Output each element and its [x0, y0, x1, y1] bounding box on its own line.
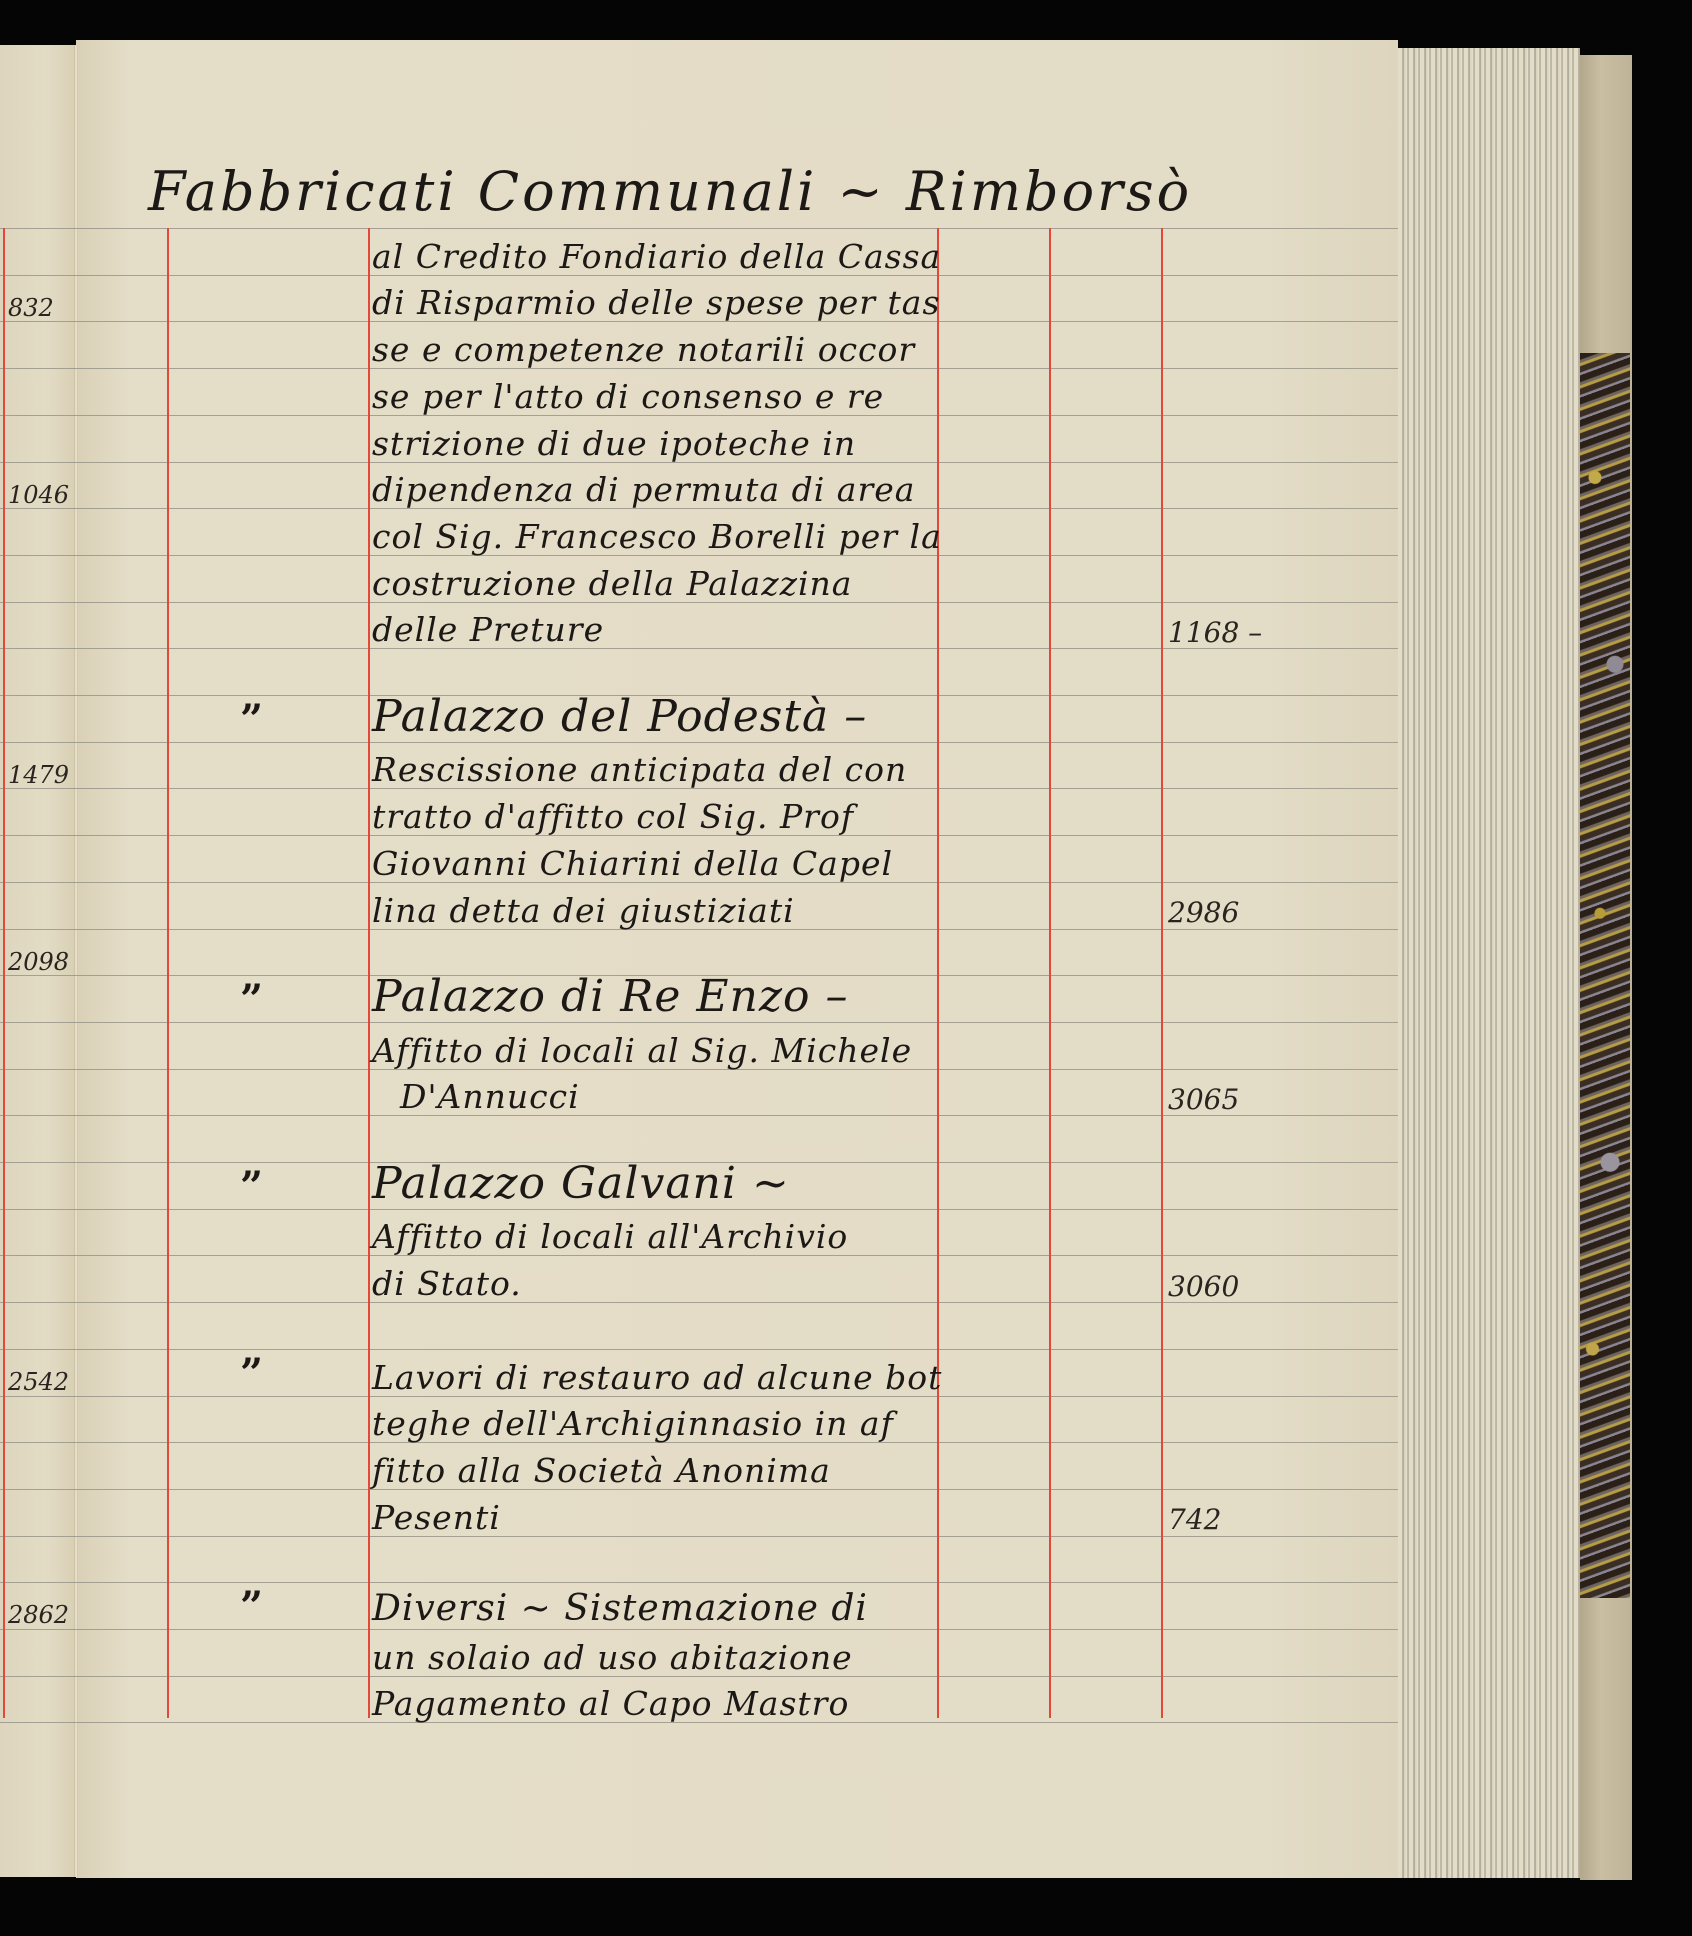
entry-text-line: Pagamento al Capo Mastro [372, 1684, 849, 1723]
red-rule-column-2 [1049, 228, 1051, 1718]
page-title: Fabbricati Communali ~ Rimborsò [148, 160, 1192, 223]
entry-heading: Palazzo Galvani ~ [372, 1158, 790, 1209]
ruled-line [0, 228, 1398, 229]
entry-amount: 3065 [1168, 1083, 1239, 1116]
entry-text-line: dipendenza di permuta di area [372, 470, 915, 509]
margin-number: 2542 [8, 1368, 69, 1396]
page-stack-edges [1398, 48, 1580, 1878]
red-rule-margin [3, 228, 5, 1718]
entry-amount: 3060 [1168, 1270, 1239, 1303]
entry-text-line: costruzione della Palazzina [372, 564, 852, 603]
entry-text-line: Pesenti [372, 1498, 501, 1537]
entry-amount: 1168 – [1168, 616, 1262, 649]
entry-text-line: Giovanni Chiarini della Capel [372, 844, 893, 883]
ruled-line [0, 1629, 1398, 1630]
book-cover-marbled [1580, 353, 1630, 1598]
red-rule-description-start [368, 228, 370, 1718]
red-rule-ditto-column [167, 228, 169, 1718]
entry-text-line: Affitto di locali all'Archivio [372, 1217, 848, 1256]
entry-heading: Palazzo del Podestà – [372, 691, 867, 742]
entry-amount: 2986 [1168, 896, 1239, 929]
entry-text-line: di Stato. [372, 1264, 522, 1303]
ditto-mark: ” [240, 976, 263, 1023]
red-rule-description-end [937, 228, 939, 1718]
entry-text-line: col Sig. Francesco Borelli per la [372, 517, 942, 556]
entry-text-line: fitto alla Società Anonima [372, 1451, 831, 1490]
ditto-mark: ” [240, 696, 263, 743]
ditto-mark: ” [240, 1350, 263, 1397]
entry-text-line: al Credito Fondiario della Cassa [372, 237, 941, 276]
margin-number: 2862 [8, 1601, 69, 1629]
entry-text-line: lina detta dei giustiziati [372, 891, 795, 930]
entry-text-line: D'Annucci [400, 1077, 580, 1116]
margin-number: 832 [8, 294, 54, 322]
entry-text-line: delle Preture [372, 610, 604, 649]
margin-number: 1479 [8, 761, 69, 789]
red-rule-amount-column [1161, 228, 1163, 1718]
entry-text-line: se per l'atto di consenso e re [372, 377, 884, 416]
entry-text-line: un solaio ad uso abitazione [372, 1638, 853, 1677]
ruled-line [0, 1349, 1398, 1350]
entry-heading: Palazzo di Re Enzo – [372, 971, 849, 1022]
ruled-line [0, 1582, 1398, 1583]
entry-text-line: strizione di due ipoteche in [372, 424, 856, 463]
margin-number: 1046 [8, 481, 69, 509]
margin-number: 2098 [8, 948, 69, 976]
entry-text-line: Affitto di locali al Sig. Michele [372, 1031, 912, 1070]
ditto-mark: ” [240, 1583, 263, 1630]
entry-text-line: tratto d'affitto col Sig. Prof [372, 797, 854, 836]
entry-text-line: Lavori di restauro ad alcune bot [372, 1358, 942, 1397]
page-gutter [74, 45, 78, 1877]
ditto-mark: ” [240, 1163, 263, 1210]
entry-text-line: teghe dell'Archiginnasio in af [372, 1404, 894, 1443]
entry-heading: Diversi ~ Sistemazione di [372, 1588, 868, 1629]
entry-text-line: di Risparmio delle spese per tas [372, 283, 940, 322]
entry-text-line: se e competenze notarili occor [372, 330, 915, 369]
entry-text-line: Rescissione anticipata del con [372, 750, 907, 789]
entry-amount: 742 [1168, 1503, 1221, 1536]
